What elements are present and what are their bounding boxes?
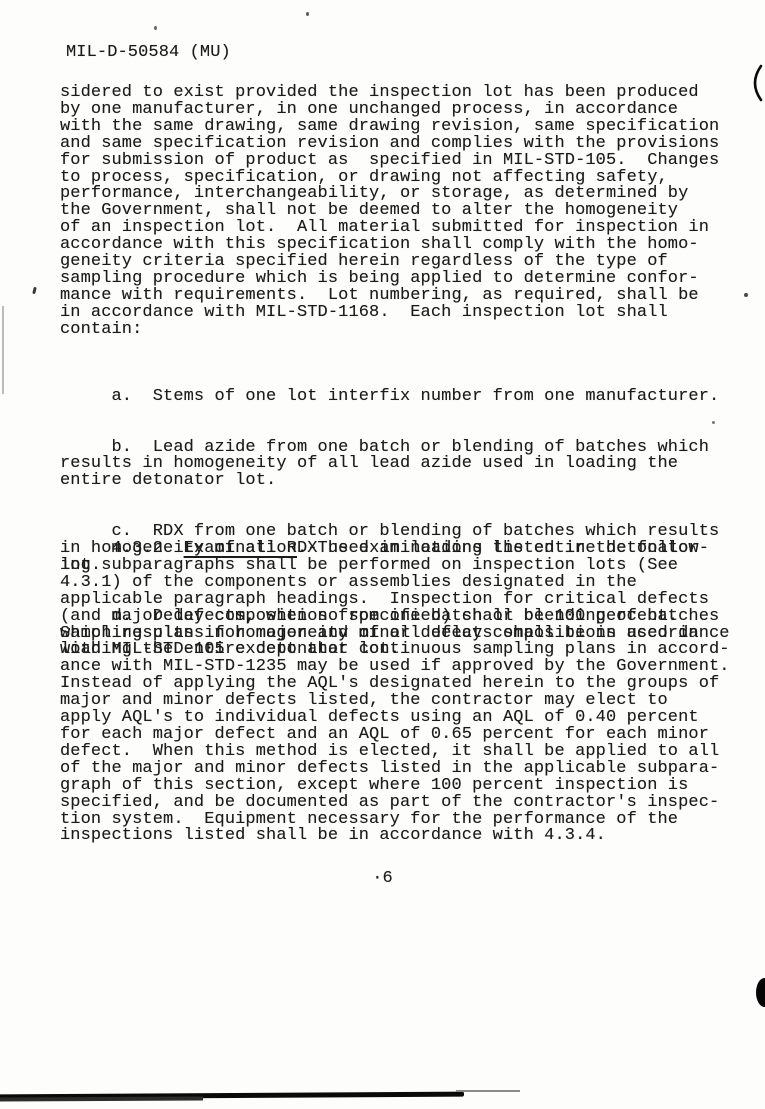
section-body-text: .-The examinations listed in the follow-… (60, 539, 730, 845)
scan-artifact-right-paren-curve (745, 64, 765, 108)
scan-artifact-left-streak (2, 306, 4, 394)
paragraph-section-4-3-2: 4.3.2 Examination.-The examinations list… (60, 541, 730, 845)
document-id-header: MIL-D-50584 (MU) (66, 45, 231, 62)
scan-artifact-speck (154, 26, 157, 30)
scan-artifact-bottom-streak (0, 1092, 464, 1100)
scan-artifact-bottom-streak-tail (456, 1090, 520, 1092)
list-item-a: a. Stems of one lot interfix number from… (60, 389, 719, 406)
document-page: MIL-D-50584 (MU) sidered to exist provid… (0, 0, 765, 1109)
paragraph-inspection-lot-continuation: sidered to exist provided the inspection… (60, 85, 719, 339)
page-number: ·6 (0, 871, 765, 888)
scan-artifact-right-edge-blob (756, 978, 765, 1007)
scan-artifact-bottom-streak-thick (0, 1096, 203, 1101)
list-item-b: b. Lead azide from one batch or blending… (60, 440, 719, 491)
scan-artifact-speck (744, 293, 748, 297)
scan-artifact-speck (32, 287, 37, 295)
scan-artifact-speck (306, 12, 309, 16)
